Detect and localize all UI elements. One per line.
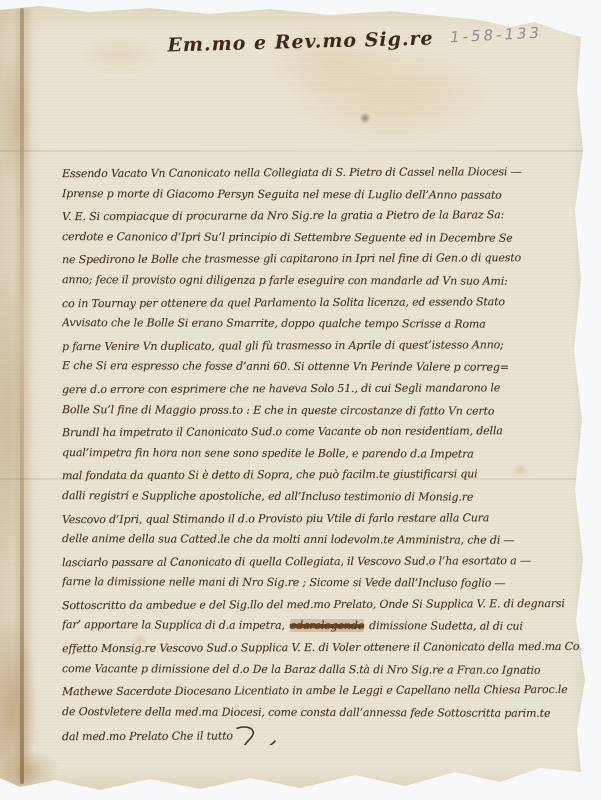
manuscript-line: lasciarlo passare al Canonicato di quell… — [62, 550, 587, 574]
manuscript-line: gere d.o errore con esprimere che ne hav… — [62, 377, 587, 401]
manuscript-line: Sottoscritto da ambedue e del Sig.llo de… — [62, 593, 587, 617]
manuscript-line: dal med.mo Prelato Che il tutto — [62, 722, 587, 745]
manuscript-line: Bolle Su’l fine di Maggio pross.to : E c… — [62, 399, 587, 422]
line-text-before: far’ apportare la Supplica di d.a impetr… — [62, 619, 285, 633]
manuscript-line: p farne Venire Vn duplicato, qual gli fù… — [62, 334, 587, 358]
ink-flourish — [235, 724, 277, 745]
manuscript-line: Iprense p morte di Giacomo Persyn Seguit… — [62, 183, 587, 206]
manuscript-line: E che Si era espresso che fosse d’anni 6… — [62, 355, 587, 378]
manuscript-line-with-correction: far’ apportare la Supplica di d.a impetr… — [62, 615, 587, 638]
manuscript-line: de Oostvletere della med.ma Diocesi, com… — [62, 701, 587, 724]
manuscript-line: co in Tournay per ottenere da quel Parla… — [62, 290, 587, 314]
manuscript-line: delle anime della sua Catted.le che da m… — [62, 528, 587, 551]
manuscript-line: V. E. Si compiacque di procurarne da Nro… — [62, 204, 587, 228]
manuscript-line: ne Spedirono le Bolle che trasmesse gli … — [62, 247, 587, 271]
struck-word: edarelegende — [290, 619, 364, 632]
manuscript-line: Avvisato che le Bolle Si erano Smarrite,… — [62, 312, 587, 335]
horizontal-crease — [0, 150, 601, 152]
paper-sheet: Em.mo e Rev.mo Sig.re 1-58-133 Essendo V… — [0, 0, 601, 800]
manuscript-line: anno; fece il provisto ogni diligenza p … — [62, 269, 587, 292]
manuscript-line: Brundl ha impetrato il Canonicato Sud.o … — [62, 420, 587, 444]
manuscript-scan: Em.mo e Rev.mo Sig.re 1-58-133 Essendo V… — [0, 0, 601, 800]
manuscript-line: Mathewe Sacerdote Diocesano Licentiato i… — [62, 679, 587, 703]
manuscript-line: effetto Monsig.re Vescovo Sud.o Supplica… — [62, 636, 587, 660]
closing-line-text: dal med.mo Prelato Che il tutto — [62, 730, 233, 744]
manuscript-line: farne la dimissione nelle mani di Nro Si… — [62, 571, 587, 594]
letter-body: Essendo Vacato Vn Canonicato nella Colle… — [62, 162, 587, 745]
fold-crease — [20, 8, 24, 784]
manuscript-line: Vescovo d’Ipri, qual Stimando il d.o Pro… — [62, 506, 587, 530]
manuscript-line: mal fondata da quanto Si è detto di Sopr… — [62, 463, 587, 487]
manuscript-line: dalli registri e Suppliche apostoliche, … — [62, 485, 587, 508]
manuscript-line: qual’impetra fin hora non sene sono sped… — [62, 442, 587, 465]
manuscript-line: come Vacante p dimissione del d.o De la … — [62, 658, 587, 681]
manuscript-line: cerdote e Canonico d’Ipri Su’l principio… — [62, 226, 587, 249]
manuscript-line: Essendo Vacato Vn Canonicato nella Colle… — [62, 162, 587, 185]
line-text-after: dimissione Sudetta, al di cui — [369, 620, 523, 634]
